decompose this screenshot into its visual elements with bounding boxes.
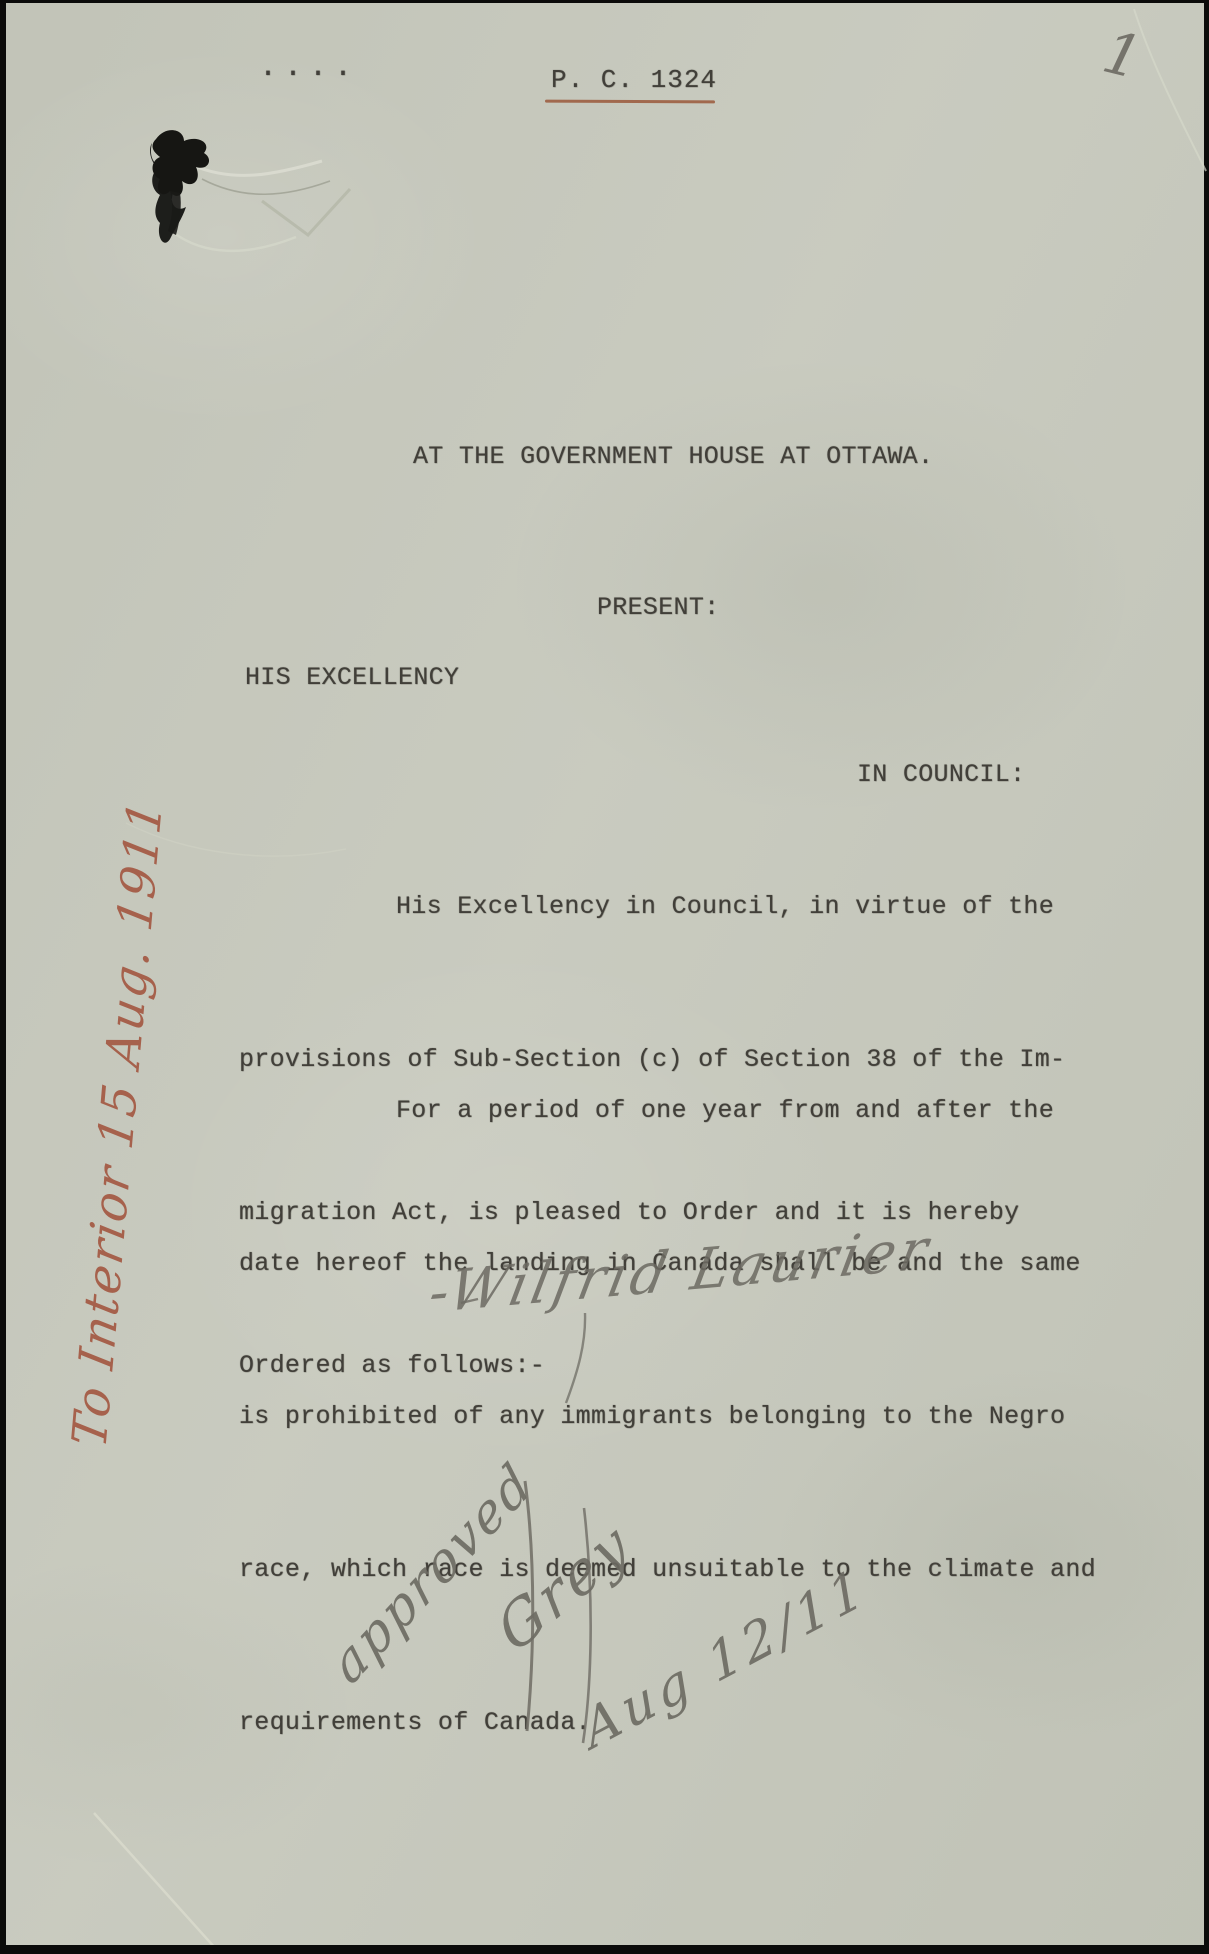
- red-ink-marginalia: To Interior 15 Aug. 1911: [62, 795, 174, 1452]
- paragraph-line: His Excellency in Council, in virtue of …: [239, 881, 1065, 932]
- typed-dots: ....: [259, 51, 359, 85]
- paper-hole: [112, 103, 372, 283]
- scanned-document-page: .... P. C. 1324 1 AT THE GOVERNMENT HOUS…: [0, 0, 1209, 1954]
- order-number-underline: [545, 100, 715, 104]
- paper-sheet: .... P. C. 1324 1 AT THE GOVERNMENT HOUS…: [6, 3, 1204, 1945]
- paragraph-line: race, which race is deemed unsuitable to…: [239, 1544, 1096, 1595]
- his-excellency-label: HIS EXCELLENCY: [245, 663, 459, 692]
- page-number-handwritten: 1: [1096, 18, 1148, 93]
- present-label: PRESENT:: [597, 593, 719, 622]
- paragraph-line: is prohibited of any immigrants belongin…: [239, 1391, 1096, 1442]
- order-number: P. C. 1324: [551, 65, 717, 95]
- paragraph-line: For a period of one year from and after …: [239, 1085, 1096, 1136]
- location-heading: AT THE GOVERNMENT HOUSE AT OTTAWA.: [413, 442, 933, 471]
